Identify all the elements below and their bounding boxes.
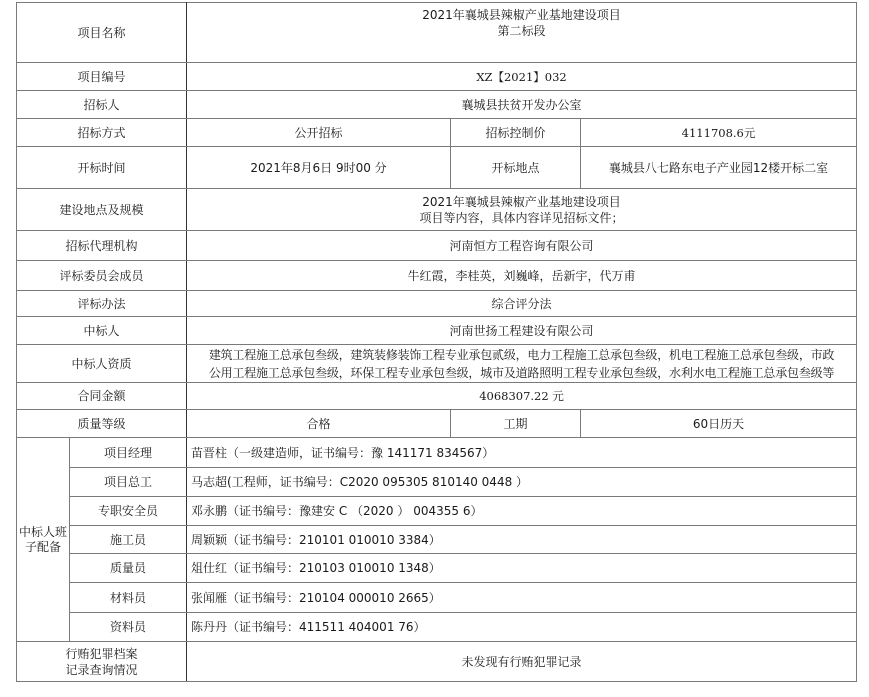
tenderer-value: 襄城县扶贫开发办公室 bbox=[187, 91, 857, 119]
site-scale-line2: 项目等内容，具体内容详见招标文件； bbox=[189, 210, 854, 226]
team-member-value: 苗晋柱（一级建造师，证书编号：豫 141171 834567） bbox=[187, 438, 857, 468]
row-site-scale: 建设地点及规模 2021年襄城县辣椒产业基地建设项目 项目等内容，具体内容详见招… bbox=[17, 189, 857, 231]
team-row: 施工员 周颖颖（证书编号：210101 010010 3384） bbox=[17, 526, 857, 554]
opening-place-label: 开标地点 bbox=[451, 147, 581, 189]
team-role: 项目总工 bbox=[70, 468, 187, 497]
team-role: 资料员 bbox=[70, 613, 187, 642]
project-name-label: 项目名称 bbox=[17, 3, 187, 63]
team-role: 专职安全员 bbox=[70, 497, 187, 526]
agency-label: 招标代理机构 bbox=[17, 231, 187, 261]
row-opening: 开标时间 2021年8月6日 9时00 分 开标地点 襄城县八七路东电子产业园1… bbox=[17, 147, 857, 189]
project-number-value: XZ【2021】032 bbox=[187, 63, 857, 91]
winner-label: 中标人 bbox=[17, 317, 187, 345]
period-value: 60日历天 bbox=[581, 410, 857, 438]
team-role: 项目经理 bbox=[70, 438, 187, 468]
winner-qualification-value: 建筑工程施工总承包叁级，建筑装修装饰工程专业承包贰级，电力工程施工总承包叁级，机… bbox=[187, 345, 857, 383]
tender-method-value: 公开招标 bbox=[187, 119, 451, 147]
row-quality: 质量等级 合格 工期 60日历天 bbox=[17, 410, 857, 438]
row-committee: 评标委员会成员 牛红霞，李桂英，刘巍峰，岳新宇，代万甫 bbox=[17, 261, 857, 291]
team-role: 材料员 bbox=[70, 583, 187, 613]
row-contract-amount: 合同金额 4068307.22 元 bbox=[17, 383, 857, 410]
winner-qualification-label: 中标人资质 bbox=[17, 345, 187, 383]
bribery-label-line1: 行贿犯罪档案 bbox=[19, 646, 184, 662]
row-eval-method: 评标办法 综合评分法 bbox=[17, 291, 857, 317]
team-row: 质量员 俎仕红（证书编号：210103 010010 1348） bbox=[17, 554, 857, 583]
committee-label: 评标委员会成员 bbox=[17, 261, 187, 291]
team-row: 项目总工 马志超(工程师，证书编号：C2020 095305 810140 04… bbox=[17, 468, 857, 497]
row-winner: 中标人 河南世扬工程建设有限公司 bbox=[17, 317, 857, 345]
bribery-record-value: 未发现有行贿犯罪记录 bbox=[187, 642, 857, 682]
site-scale-label: 建设地点及规模 bbox=[17, 189, 187, 231]
row-tenderer: 招标人 襄城县扶贫开发办公室 bbox=[17, 91, 857, 119]
site-scale-value: 2021年襄城县辣椒产业基地建设项目 项目等内容，具体内容详见招标文件； bbox=[187, 189, 857, 231]
project-name-line1: 2021年襄城县辣椒产业基地建设项目 bbox=[189, 7, 854, 23]
team-member-value: 俎仕红（证书编号：210103 010010 1348） bbox=[187, 554, 857, 583]
row-tender-method: 招标方式 公开招标 招标控制价 4111708.6元 bbox=[17, 119, 857, 147]
bribery-label-line2: 记录查询情况 bbox=[19, 662, 184, 678]
opening-time-value: 2021年8月6日 9时00 分 bbox=[187, 147, 451, 189]
control-price-label: 招标控制价 bbox=[451, 119, 581, 147]
team-row: 资料员 陈丹丹（证书编号：411511 404001 76） bbox=[17, 613, 857, 642]
opening-time-label: 开标时间 bbox=[17, 147, 187, 189]
bribery-record-label: 行贿犯罪档案 记录查询情况 bbox=[17, 642, 187, 682]
bid-result-table: 项目名称 2021年襄城县辣椒产业基地建设项目 第二标段 项目编号 XZ【202… bbox=[16, 2, 857, 682]
row-agency: 招标代理机构 河南恒方工程咨询有限公司 bbox=[17, 231, 857, 261]
team-row: 中标人班子配备 项目经理 苗晋柱（一级建造师，证书编号：豫 141171 834… bbox=[17, 438, 857, 468]
team-member-value: 周颖颖（证书编号：210101 010010 3384） bbox=[187, 526, 857, 554]
team-role: 施工员 bbox=[70, 526, 187, 554]
row-project-name: 项目名称 2021年襄城县辣椒产业基地建设项目 第二标段 bbox=[17, 3, 857, 63]
quality-label: 质量等级 bbox=[17, 410, 187, 438]
row-project-number: 项目编号 XZ【2021】032 bbox=[17, 63, 857, 91]
contract-amount-label: 合同金额 bbox=[17, 383, 187, 410]
qualification-line1: 建筑工程施工总承包叁级，建筑装修装饰工程专业承包贰级，电力工程施工总承包叁级，机… bbox=[189, 346, 854, 364]
project-name-line2: 第二标段 bbox=[189, 23, 854, 39]
period-label: 工期 bbox=[451, 410, 581, 438]
team-row: 材料员 张闻雁（证书编号：210104 000010 2665） bbox=[17, 583, 857, 613]
team-member-value: 马志超(工程师，证书编号：C2020 095305 810140 0448 ） bbox=[187, 468, 857, 497]
tenderer-label: 招标人 bbox=[17, 91, 187, 119]
contract-amount-value: 4068307.22 元 bbox=[187, 383, 857, 410]
site-scale-line1: 2021年襄城县辣椒产业基地建设项目 bbox=[189, 194, 854, 210]
row-bribery-record: 行贿犯罪档案 记录查询情况 未发现有行贿犯罪记录 bbox=[17, 642, 857, 682]
project-number-label: 项目编号 bbox=[17, 63, 187, 91]
quality-value: 合格 bbox=[187, 410, 451, 438]
opening-place-value: 襄城县八七路东电子产业园12楼开标二室 bbox=[581, 147, 857, 189]
agency-value: 河南恒方工程咨询有限公司 bbox=[187, 231, 857, 261]
team-member-value: 邓永鹏（证书编号：豫建安 C （2020 ） 004355 6） bbox=[187, 497, 857, 526]
control-price-value: 4111708.6元 bbox=[581, 119, 857, 147]
team-member-value: 张闻雁（证书编号：210104 000010 2665） bbox=[187, 583, 857, 613]
row-winner-qualification: 中标人资质 建筑工程施工总承包叁级，建筑装修装饰工程专业承包贰级，电力工程施工总… bbox=[17, 345, 857, 383]
tender-method-label: 招标方式 bbox=[17, 119, 187, 147]
qualification-line2: 公用工程施工总承包叁级，环保工程专业承包叁级，城市及道路照明工程专业承包叁级，水… bbox=[189, 364, 854, 382]
team-role: 质量员 bbox=[70, 554, 187, 583]
team-member-value: 陈丹丹（证书编号：411511 404001 76） bbox=[187, 613, 857, 642]
project-name-value: 2021年襄城县辣椒产业基地建设项目 第二标段 bbox=[187, 3, 857, 63]
eval-method-label: 评标办法 bbox=[17, 291, 187, 317]
committee-value: 牛红霞，李桂英，刘巍峰，岳新宇，代万甫 bbox=[187, 261, 857, 291]
eval-method-value: 综合评分法 bbox=[187, 291, 857, 317]
team-row: 专职安全员 邓永鹏（证书编号：豫建安 C （2020 ） 004355 6） bbox=[17, 497, 857, 526]
team-group-label: 中标人班子配备 bbox=[17, 438, 70, 642]
winner-value: 河南世扬工程建设有限公司 bbox=[187, 317, 857, 345]
